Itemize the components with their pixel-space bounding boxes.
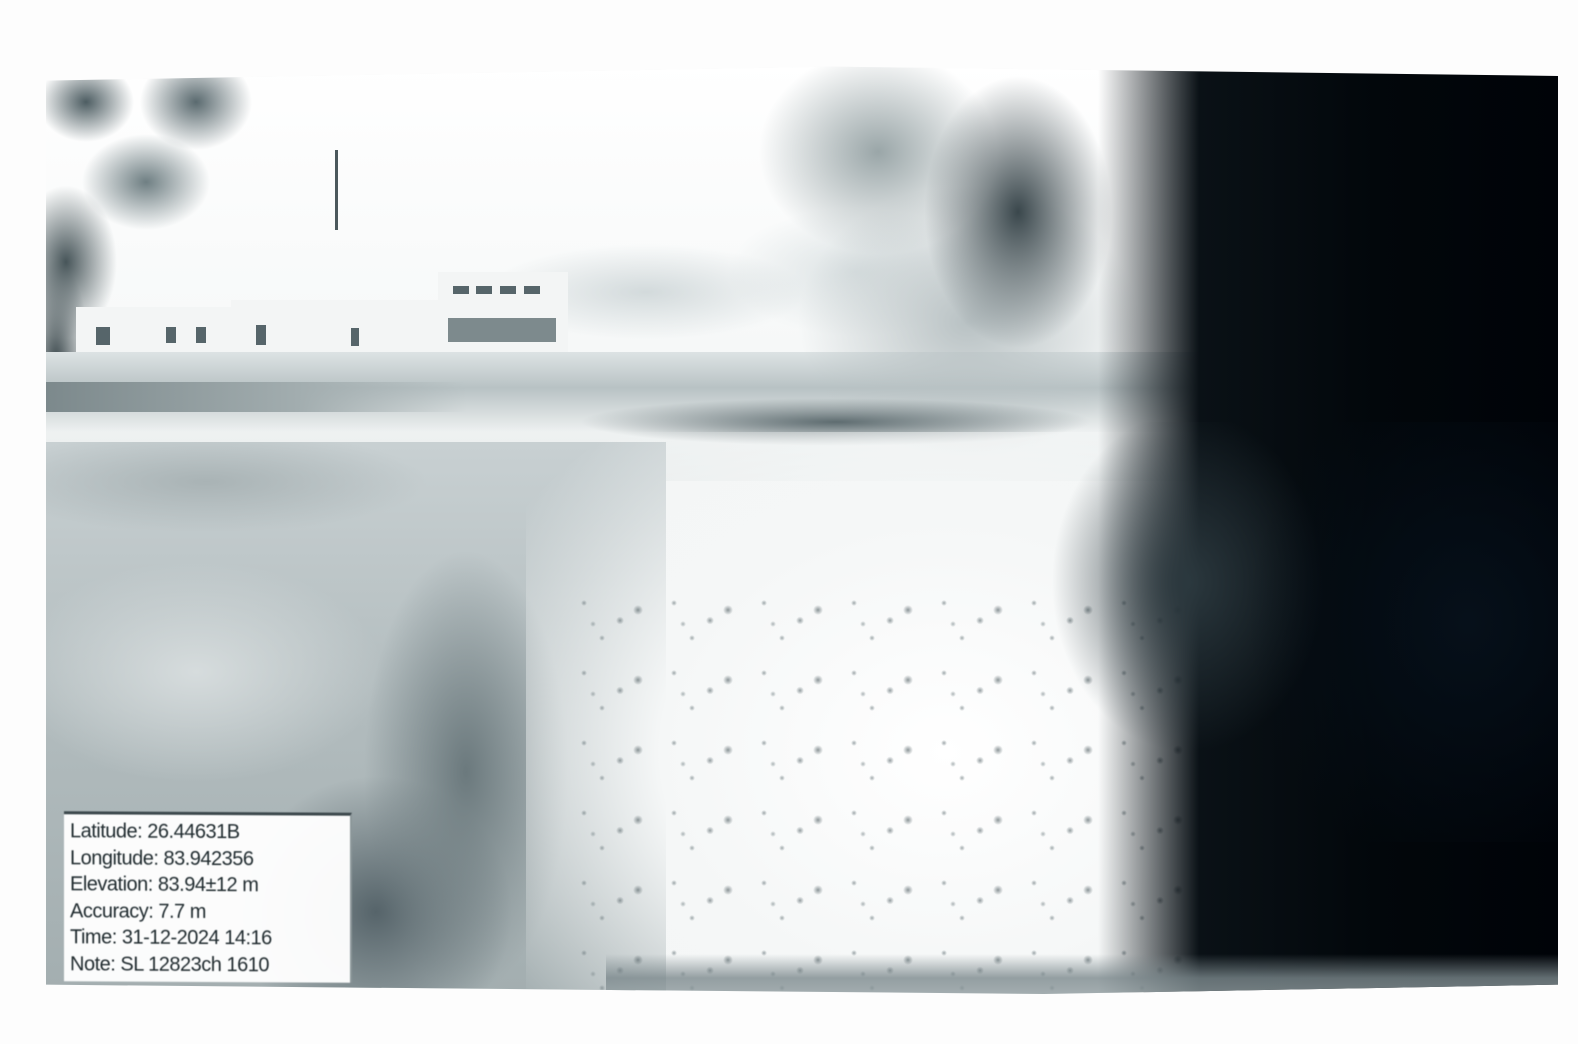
longitude-value: 83.942356 xyxy=(163,847,253,869)
time-row: Time: 31-12-2024 14:16 xyxy=(70,924,344,952)
elevation-label: Elevation: xyxy=(70,873,153,895)
note-row: Note: SL 12823ch 1610 xyxy=(70,951,344,979)
longitude-row: Longitude: 83.942356 xyxy=(70,845,344,873)
shrubs-right xyxy=(1038,422,1558,842)
building-two-storey xyxy=(438,272,568,355)
accuracy-value: 7.7 m xyxy=(158,900,206,922)
latitude-label: Latitude: xyxy=(70,820,142,842)
time-value: 31-12-2024 14:16 xyxy=(122,927,272,950)
geotag-overlay: Latitude: 26.44631B Longitude: 83.942356… xyxy=(64,811,352,983)
note-label: Note: xyxy=(70,953,115,975)
note-value: SL 12823ch 1610 xyxy=(120,953,269,976)
antenna-pole xyxy=(335,150,338,230)
latitude-row: Latitude: 26.44631B xyxy=(70,818,344,846)
foreground-grass xyxy=(606,954,1558,994)
latitude-value: 26.44631B xyxy=(147,821,239,843)
elevation-value: 83.94±12 m xyxy=(158,874,259,897)
accuracy-row: Accuracy: 7.7 m xyxy=(70,898,344,926)
embankment-shadow xyxy=(46,382,466,412)
time-label: Time: xyxy=(70,926,117,948)
longitude-label: Longitude: xyxy=(70,847,158,869)
elevation-row: Elevation: 83.94±12 m xyxy=(70,871,344,899)
scanned-page: Latitude: 26.44631B Longitude: 83.942356… xyxy=(0,0,1578,1044)
accuracy-label: Accuracy: xyxy=(70,900,153,922)
